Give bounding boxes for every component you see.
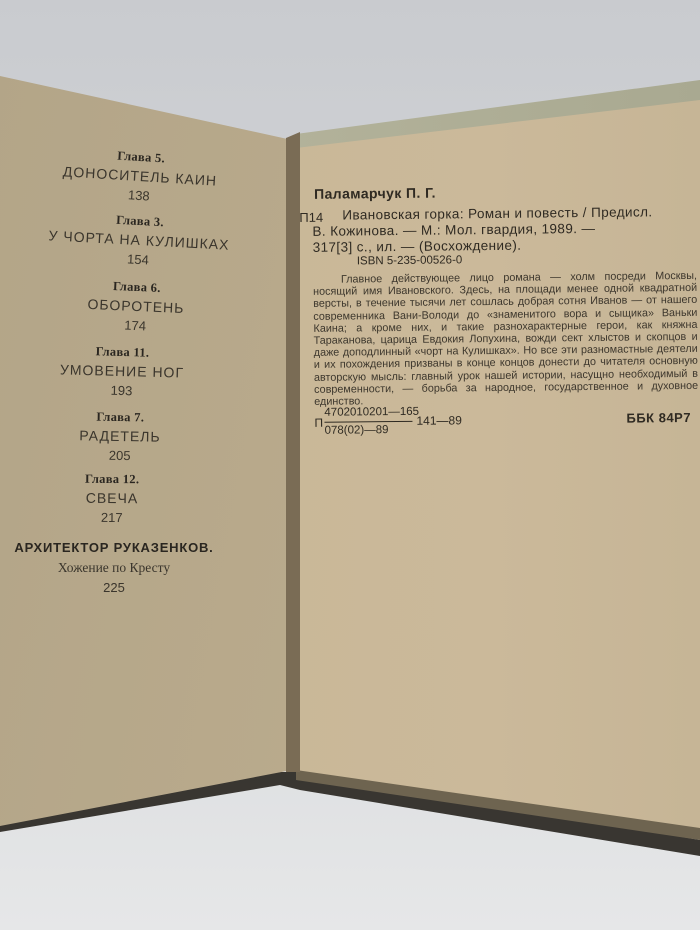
- isbn: ISBN 5-235-00526-0: [357, 254, 463, 267]
- chapter-label: Глава 7.: [0, 408, 240, 427]
- chapter-label: Глава 12.: [0, 471, 232, 488]
- author-name: Паламарчук П. Г.: [314, 185, 436, 202]
- annotation-text: Главное действующее лицо романа — холм п…: [313, 270, 698, 408]
- toc-entry: Глава 6. ОБОРОТЕНЬ 174: [15, 275, 257, 338]
- page-number: 217: [0, 509, 232, 526]
- catalog-code: П 4702010201—165 078(02)—89 141—89 ББК 8…: [302, 404, 697, 448]
- catalog-suffix: 141—89: [416, 413, 462, 427]
- chapter-title: РАДЕТЕЛЬ: [0, 426, 240, 446]
- section-title: АРХИТЕКТОР РУКАЗЕНКОВ.: [0, 540, 234, 555]
- table-of-contents: Глава 5. ДОНОСИТЕЛЬ КАИН 138 Глава 3. У …: [0, 0, 700, 930]
- shelf-mark: П14: [299, 210, 323, 225]
- toc-entry: Глава 7. РАДЕТЕЛЬ 205: [0, 408, 240, 465]
- catalog-denominator: 078(02)—89: [325, 424, 389, 437]
- bbk-code: ББК 84Р7: [626, 410, 691, 426]
- toc-entry: Глава 11. УМОВЕНИЕ НОГ 193: [1, 342, 242, 401]
- open-book-photo: Глава 5. ДОНОСИТЕЛЬ КАИН 138 Глава 3. У …: [0, 0, 700, 930]
- toc-entry: Глава 3. У ЧОРТА НА КУЛИШКАХ 154: [13, 207, 265, 273]
- description-line: В. Кожинова. — М.: Мол. гвардия, 1989. —: [312, 221, 595, 239]
- chapter-title: УМОВЕНИЕ НОГ: [2, 360, 242, 382]
- catalog-letter: П: [314, 416, 323, 430]
- section-subtitle: Хожение по Кресту: [0, 560, 234, 576]
- toc-entry-final: АРХИТЕКТОР РУКАЗЕНКОВ. Хожение по Кресту…: [0, 540, 234, 595]
- page-number: 225: [0, 580, 234, 595]
- description-line: 317[3] с., ил. — (Восхождение).: [313, 238, 522, 255]
- page-number: 205: [0, 446, 240, 465]
- page-number: 193: [1, 380, 241, 401]
- toc-entry: Глава 12. СВЕЧА 217: [0, 471, 232, 526]
- fraction-line: [324, 421, 412, 423]
- catalog-numerator: 4702010201—165: [324, 406, 419, 419]
- toc-entry: Глава 5. ДОНОСИТЕЛЬ КАИН 138: [19, 143, 262, 211]
- chapter-title: СВЕЧА: [0, 489, 232, 507]
